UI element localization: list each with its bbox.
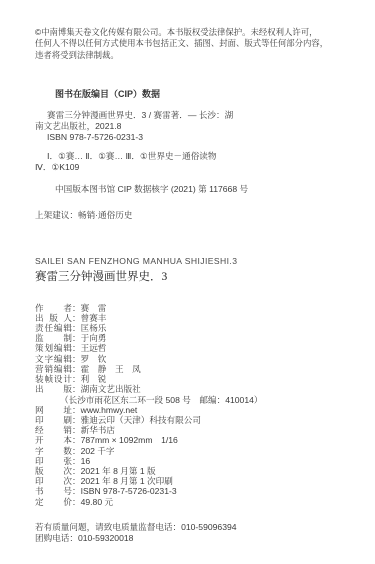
info-row-label: 出版 <box>35 384 72 394</box>
info-row-separator: ： <box>72 486 81 496</box>
info-row-label: 装帧设计 <box>35 374 72 384</box>
info-row-label: 监制 <box>35 333 72 343</box>
info-row-label: 印张 <box>35 456 72 466</box>
info-row-value: www.hmwy.net <box>81 405 138 415</box>
info-row: 字数：202 千字 <box>35 446 349 456</box>
info-row-separator: ： <box>72 303 81 313</box>
info-row: 监制：于向勇 <box>35 333 349 343</box>
info-row-label: 书号 <box>35 486 72 496</box>
info-row-separator: ： <box>72 456 81 466</box>
info-row-label: 字数 <box>35 446 72 456</box>
info-row-separator: ： <box>72 425 81 435</box>
info-row-label: 出版人 <box>35 313 72 323</box>
info-row-value: 曾赛丰 <box>81 313 107 323</box>
info-row-value: 2021 年 8 月第 1 版 <box>81 466 156 476</box>
cip-entry-line: 南文艺出版社，2021.8 <box>35 121 349 132</box>
info-row: 网址：www.hmwy.net <box>35 405 349 415</box>
book-title-pinyin: SAILEI SAN FENZHONG MANHUA SHIJIESHI.3 <box>35 256 349 266</box>
info-row-label: 开本 <box>35 435 72 445</box>
copyright-notice-line: 任何人不得以任何方式使用本书包括正文、插图、封面、版式等任何部分内容， <box>35 38 349 49</box>
info-row: 印次：2021 年 8 月第 1 次印刷 <box>35 476 349 486</box>
info-row: 书号：ISBN 978-7-5726-0231-3 <box>35 486 349 496</box>
group-purchase-line: 团购电话：010-59320018 <box>35 533 349 545</box>
cip-isbn-line: ISBN 978-7-5726-0231-3 <box>35 132 349 143</box>
info-row: 出版人：曾赛丰 <box>35 313 349 323</box>
cip-heading: 图书在版编目（CIP）数据 <box>35 87 349 100</box>
info-row: 责任编辑：匡杨乐 <box>35 323 349 333</box>
info-row-separator: ： <box>72 435 81 445</box>
info-row: 印刷：雅迪云印（天津）科技有限公司 <box>35 415 349 425</box>
info-row-value: 湖南文艺出版社 <box>81 384 141 394</box>
copyright-notice: ©中南博集天卷文化传媒有限公司。本书版权受法律保护。未经权利人许可， 任何人不得… <box>35 27 349 61</box>
info-row-separator: ： <box>72 343 81 353</box>
info-row-separator: ： <box>72 333 81 343</box>
info-row-separator: ： <box>72 405 81 415</box>
info-row-label: 经销 <box>35 425 72 435</box>
info-row: 作者：赛 雷 <box>35 303 349 313</box>
info-row-separator: ： <box>72 497 81 507</box>
cip-class-line: Ⅰ．①赛… Ⅱ．①赛… Ⅲ．①世界史－通俗读物 <box>35 151 349 162</box>
info-row-separator: ： <box>72 374 81 384</box>
info-row-value: （长沙市雨花区东二环一段 508 号 邮编：410014） <box>60 395 262 405</box>
cip-entry-line: 赛雷三分钟漫画世界史．3 / 赛雷著．— 长沙：湖 <box>35 110 349 121</box>
info-row-value: 2021 年 8 月第 1 次印刷 <box>81 476 173 486</box>
copyright-notice-line: ©中南博集天卷文化传媒有限公司。本书版权受法律保护。未经权利人许可， <box>35 27 349 38</box>
info-row-value: 202 千字 <box>81 446 115 456</box>
info-row-label: 定价 <box>35 497 72 507</box>
info-row: 版次：2021 年 8 月第 1 版 <box>35 466 349 476</box>
info-row-value: 于向勇 <box>81 333 107 343</box>
publication-info-list: 作者：赛 雷出版人：曾赛丰责任编辑：匡杨乐监制：于向勇策划编辑：王远哲文字编辑：… <box>35 303 349 507</box>
info-row-value: ISBN 978-7-5726-0231-3 <box>81 486 177 496</box>
info-row-value: 新华书店 <box>81 425 115 435</box>
info-row-separator: ： <box>72 415 81 425</box>
info-row: 定价：49.80 元 <box>35 497 349 507</box>
info-row: 经销：新华书店 <box>35 425 349 435</box>
info-row-separator: ： <box>72 354 81 364</box>
info-row-label: 营销编辑 <box>35 364 72 374</box>
info-row-value: 罗 钦 <box>81 354 107 364</box>
cip-entry: 赛雷三分钟漫画世界史．3 / 赛雷著．— 长沙：湖 南文艺出版社，2021.8 … <box>35 110 349 144</box>
info-row: 印张：16 <box>35 456 349 466</box>
info-row-value: 利 锐 <box>81 374 107 384</box>
info-row: 开本：787mm × 1092mm 1/16 <box>35 435 349 445</box>
info-row-label: 责任编辑 <box>35 323 72 333</box>
info-row-label: 印刷 <box>35 415 72 425</box>
quality-hotline-line: 若有质量问题，请致电质量监督电话：010-59096394 <box>35 522 349 534</box>
info-row-separator: ： <box>72 364 81 374</box>
info-row-separator: ： <box>72 313 81 323</box>
info-row-label: 文字编辑 <box>35 354 72 364</box>
info-row-label: 策划编辑 <box>35 343 72 353</box>
cip-class-line: Ⅳ．①K109 <box>35 162 349 173</box>
info-row-value: 雅迪云印（天津）科技有限公司 <box>81 415 201 425</box>
info-row: 策划编辑：王远哲 <box>35 343 349 353</box>
info-row: 装帧设计：利 锐 <box>35 374 349 384</box>
info-row-value: 49.80 元 <box>81 497 114 507</box>
info-row: （长沙市雨花区东二环一段 508 号 邮编：410014） <box>35 395 349 405</box>
info-row-label: 版次 <box>35 466 72 476</box>
info-row: 文字编辑：罗 钦 <box>35 354 349 364</box>
info-row-label: 作者 <box>35 303 72 313</box>
info-row-value: 赛 雷 <box>81 303 107 313</box>
info-row-separator: ： <box>72 384 81 394</box>
info-row-separator: ： <box>72 466 81 476</box>
cip-block: 赛雷三分钟漫画世界史．3 / 赛雷著．— 长沙：湖 南文艺出版社，2021.8 … <box>35 110 349 196</box>
info-row: 出版：湖南文艺出版社 <box>35 384 349 394</box>
info-row-value: 王远哲 <box>81 343 107 353</box>
info-row-value: 匡杨乐 <box>81 323 107 333</box>
info-row-value: 787mm × 1092mm 1/16 <box>81 435 178 445</box>
info-row: 营销编辑：霍 静 王 凤 <box>35 364 349 374</box>
info-row-separator: ： <box>72 323 81 333</box>
book-title-chinese: 赛雷三分钟漫画世界史．3 <box>35 268 349 284</box>
info-row-value: 霍 静 王 凤 <box>81 364 141 374</box>
cip-classification: Ⅰ．①赛… Ⅱ．①赛… Ⅲ．①世界史－通俗读物 Ⅳ．①K109 <box>35 151 349 174</box>
info-row-separator: ： <box>72 446 81 456</box>
copyright-notice-line: 违者将受到法律制裁。 <box>35 50 349 61</box>
cip-record-number: 中国版本图书馆 CIP 数据核字 (2021) 第 117668 号 <box>35 184 349 195</box>
info-row-label: 网址 <box>35 405 72 415</box>
shelf-suggestion: 上架建议：畅销·通俗历史 <box>35 209 349 221</box>
title-block: SAILEI SAN FENZHONG MANHUA SHIJIESHI.3 赛… <box>35 256 349 284</box>
service-phones: 若有质量问题，请致电质量监督电话：010-59096394 团购电话：010-5… <box>35 522 349 545</box>
info-row-label: 印次 <box>35 476 72 486</box>
copyright-page: ©中南博集天卷文化传媒有限公司。本书版权受法律保护。未经权利人许可， 任何人不得… <box>0 0 375 564</box>
info-row-value: 16 <box>81 456 91 466</box>
info-row-separator: ： <box>72 476 81 486</box>
